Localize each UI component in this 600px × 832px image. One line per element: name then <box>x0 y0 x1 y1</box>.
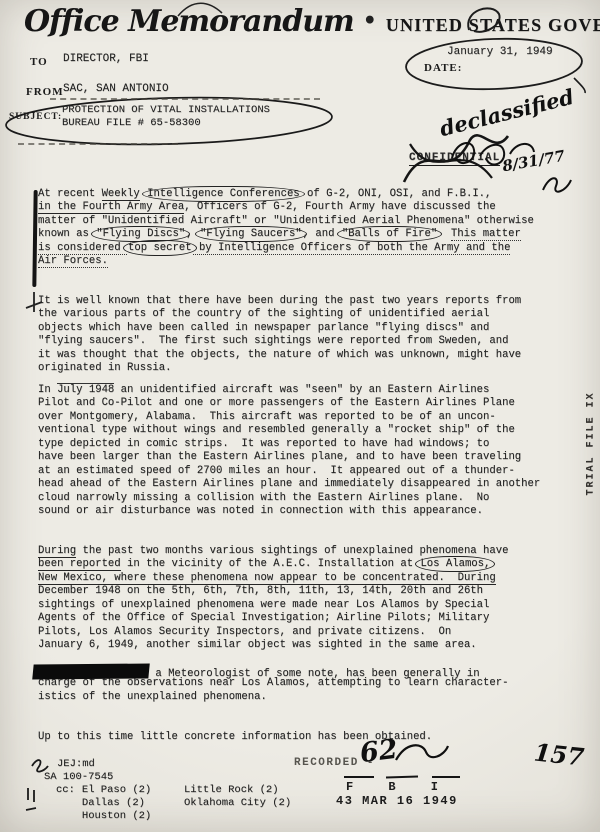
text-segment: head ahead of the Eastern Airlines plane… <box>38 478 540 490</box>
cc-item: El Paso (2) <box>82 784 151 797</box>
text-segment: sound or air disturbance was noted in co… <box>38 505 483 517</box>
date-value: January 31, 1949 <box>447 46 553 58</box>
text-segment: Weekly <box>102 188 140 201</box>
cc-block: cc: El Paso (2)Dallas (2)Houston (2) <box>56 784 151 824</box>
text-line: Pilot and Co-Pilot and one or more passe… <box>38 397 586 410</box>
footer-pen-marks <box>22 754 56 820</box>
stamp-dash <box>432 776 460 778</box>
paragraph-2: It is well known that there have been du… <box>38 295 586 376</box>
text-segment: top secret <box>123 240 197 256</box>
text-segment: This matter <box>451 228 521 241</box>
paragraph-5: a Meteorologist of some note, has been g… <box>38 664 586 704</box>
to-value: DIRECTOR, FBI <box>63 53 149 65</box>
paragraph-1: At recent Weekly Intelligence Conference… <box>38 188 586 269</box>
text-line: Air Forces. <box>38 255 586 268</box>
vertical-file-note: TRIAL FILE IX <box>586 379 597 509</box>
text-segment: January 6, 1949, another similar object … <box>38 639 477 651</box>
text-line: cloud narrowly missing a collision with … <box>38 492 586 505</box>
subject-label: SUBJECT: <box>9 112 62 122</box>
margin-pen-line <box>32 190 37 287</box>
text-segment: During <box>38 545 76 558</box>
paragraph-3: In July 1948 an unidentified aircraft wa… <box>38 384 586 518</box>
text-line: over Montgomery, Alabama. This aircraft … <box>38 411 586 424</box>
text-line: sound or air disturbance was noted in co… <box>38 505 586 518</box>
text-segment: over Montgomery, Alabama. This aircraft … <box>38 411 496 423</box>
text-segment: At recent <box>38 188 102 200</box>
text-segment: Agents of the Office of Special Investig… <box>38 612 489 624</box>
text-line: at an estimated speed of 2700 miles an h… <box>38 465 586 478</box>
redaction-bar <box>32 663 150 679</box>
text-segment: by Intelligence Officers of both the Arm… <box>193 242 511 255</box>
text-segment: of G-2, ONI, OSI, and F.B.I., <box>301 188 492 200</box>
from-value: SAC, SAN ANTONIO <box>63 83 169 95</box>
cc-column-2-block: Little Rock (2)Oklahoma City (2) <box>184 784 291 810</box>
subject-line1: PROTECTION OF VITAL INSTALLATIONS <box>62 104 270 116</box>
text-line: charge of the observations near Los Alam… <box>38 677 586 690</box>
fbi-stamp-letters: F B I <box>346 780 439 794</box>
text-line: known as "Flying Discs", "Flying Saucers… <box>38 228 586 241</box>
text-segment: It is well known that there have been du… <box>38 295 521 307</box>
text-line: originated in Russia. <box>38 362 586 375</box>
text-segment: Pilot and Co-Pilot and one or more passe… <box>38 397 515 409</box>
text-segment: , Officers of G-2, Fourth Army have disc… <box>184 201 496 213</box>
text-line: During the past two months various sight… <box>38 545 586 558</box>
cc-item: Little Rock (2) <box>184 784 291 797</box>
text-line: Agents of the Office of Special Investig… <box>38 612 586 625</box>
text-line: It is well known that there have been du… <box>38 295 586 308</box>
text-line: it was thought that the objects, the nat… <box>38 349 586 362</box>
text-line: "flying saucers". The first such sightin… <box>38 335 586 348</box>
text-line: been reported in the vicinity of the A.E… <box>38 558 586 571</box>
text-line: sightings of unexplained phenomena were … <box>38 599 586 612</box>
text-segment: in the vicinity of the A.E.C. Installati… <box>121 558 420 570</box>
paragraph-4: During the past two months various sight… <box>38 545 586 653</box>
text-segment: Pilots, Los Alamos Security Inspectors, … <box>38 626 451 638</box>
text-segment: ventional type without wings and resembl… <box>38 424 515 436</box>
stenographer-initials: JEJ:md <box>57 758 95 770</box>
stamp-dash <box>344 776 374 778</box>
text-segment: In <box>38 384 57 396</box>
memo-page: Office Memorandum • UNITED STATES GOVERN… <box>0 0 600 832</box>
handwritten-number: 157 <box>533 737 586 771</box>
text-segment: originated in Russia. <box>38 362 172 374</box>
text-segment: Air Forces. <box>38 255 108 268</box>
text-line: December 1948 on the 5th, 6th, 7th, 8th,… <box>38 585 586 598</box>
states-pen-loop <box>462 2 506 36</box>
text-segment: known as <box>38 228 95 240</box>
text-segment: objects which have been called in newspa… <box>38 322 489 334</box>
text-line: At recent Weekly Intelligence Conference… <box>38 188 586 201</box>
cc-item: Dallas (2) <box>82 797 151 810</box>
text-segment: been reported <box>38 558 121 571</box>
cc-column-2: Little Rock (2)Oklahoma City (2) <box>184 784 291 810</box>
text-segment: an unidentified aircraft was "seen" by a… <box>114 384 489 396</box>
stray-pen-mark <box>175 0 227 18</box>
fbi-stamp-date: 43 MAR 16 1949 <box>336 794 458 808</box>
text-line: istics of the unexplained phenomena. <box>38 691 586 704</box>
text-segment: the past two months various sightings of… <box>76 545 508 557</box>
text-segment: the various parts of the country of the … <box>38 308 489 320</box>
text-line: in the Fourth Army Area, Officers of G-2… <box>38 201 586 214</box>
text-segment: matter of "Unidentified Aircraft" or "Un… <box>38 215 534 227</box>
text-segment: charge of the observations near Los Alam… <box>38 677 508 689</box>
text-segment: "flying saucers". The first such sightin… <box>38 335 508 347</box>
text-segment: type depicted in comic strips. It was re… <box>38 438 489 450</box>
text-segment: , and <box>303 228 341 240</box>
text-line: In July 1948 an unidentified aircraft wa… <box>38 384 586 397</box>
date-label: DATE: <box>424 62 462 74</box>
text-segment <box>438 228 451 240</box>
text-segment: have been larger than the Eastern Airlin… <box>38 451 521 463</box>
pen-dash-line <box>50 98 320 100</box>
text-line: ventional type without wings and resembl… <box>38 424 586 437</box>
text-line: a Meteorologist of some note, has been g… <box>38 664 586 677</box>
text-segment: is considered <box>38 242 127 255</box>
text-line: January 6, 1949, another similar object … <box>38 639 586 652</box>
stamp-dash <box>386 775 418 778</box>
recorded-scrawl <box>392 740 452 766</box>
text-segment: it was thought that the objects, the nat… <box>38 349 521 361</box>
text-line: the various parts of the country of the … <box>38 308 586 321</box>
text-segment: New Mexico, where these phenomena now ap… <box>38 572 496 585</box>
text-segment: cloud narrowly missing a collision with … <box>38 492 489 504</box>
pen-dash-line <box>18 143 178 145</box>
text-segment: Intelligence Conferences <box>142 186 305 202</box>
cc-item: Oklahoma City (2) <box>184 797 291 810</box>
text-segment: "Flying Saucers" <box>195 226 307 242</box>
text-line: Pilots, Los Alamos Security Inspectors, … <box>38 626 586 639</box>
text-line: objects which have been called in newspa… <box>38 322 586 335</box>
paragraph-6: Up to this time little concrete informat… <box>38 731 586 744</box>
text-segment: istics of the unexplained phenomena. <box>38 691 267 703</box>
cc-column-1: El Paso (2)Dallas (2)Houston (2) <box>82 784 151 824</box>
cc-label: cc: <box>56 784 75 824</box>
text-line: is considered top secret by Intelligence… <box>38 242 586 255</box>
masthead: Office Memorandum • UNITED STATES GOVERN… <box>24 4 592 39</box>
text-segment: "Balls of Fire" <box>337 226 442 242</box>
text-line: head ahead of the Eastern Airlines plane… <box>38 478 586 491</box>
text-segment: Los Alamos, <box>415 556 495 572</box>
text-line: type depicted in comic strips. It was re… <box>38 438 586 451</box>
masthead-separator-dot: • <box>363 8 377 34</box>
cc-item: Houston (2) <box>82 810 151 823</box>
subject-line2: BUREAU FILE # 65-58300 <box>62 117 201 129</box>
text-segment: sightings of unexplained phenomena were … <box>38 599 489 611</box>
text-segment: July 1948 <box>57 383 114 396</box>
text-segment: December 1948 on the 5th, 6th, 7th, 8th,… <box>38 585 483 597</box>
text-line: New Mexico, where these phenomena now ap… <box>38 572 586 585</box>
text-line: Up to this time little concrete informat… <box>38 731 586 744</box>
text-segment: at an estimated speed of 2700 miles an h… <box>38 465 515 477</box>
text-line: have been larger than the Eastern Airlin… <box>38 451 586 464</box>
text-segment: in the Fourth Army Area <box>38 201 184 214</box>
to-label: TO <box>30 56 48 68</box>
